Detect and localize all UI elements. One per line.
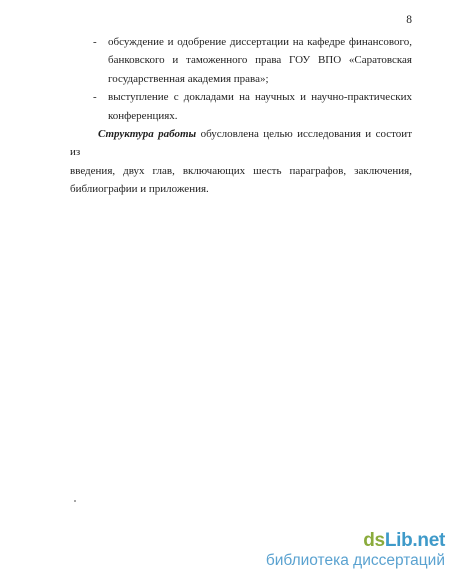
paragraph-line: введения, двух глав, включающих шесть па… <box>70 162 412 180</box>
text-block: - обсуждение и одобрение диссертации на … <box>70 33 412 199</box>
bullet-line: обсуждение и одобрение диссертации на ка… <box>108 33 412 51</box>
bullet-line: банковского и таможенного права ГОУ ВПО … <box>108 51 412 69</box>
document-page: 8 - обсуждение и одобрение диссертации н… <box>0 0 450 582</box>
bullet-line: выступление с докладами на научных и нау… <box>108 88 412 106</box>
bullet-item: - обсуждение и одобрение диссертации на … <box>108 33 412 88</box>
paragraph-lead: Структура работы <box>98 128 196 140</box>
bullet-line: конференциях. <box>108 107 412 125</box>
scan-speck <box>74 500 76 502</box>
logo-ds-part: ds <box>363 530 385 551</box>
logo-libnet-part: Lib.net <box>385 530 445 551</box>
page-number: 8 <box>406 13 412 27</box>
bullet-line: государственная академия права»; <box>108 70 412 88</box>
site-watermark: dsLib.net библиотека диссертаций <box>266 531 445 569</box>
paragraph-line: библиографии и приложения. <box>70 180 412 198</box>
bullet-dash: - <box>93 33 97 51</box>
library-subtitle[interactable]: библиотека диссертаций <box>266 552 445 569</box>
bullet-dash: - <box>93 88 97 106</box>
dslib-logo-link[interactable]: dsLib.net <box>266 531 445 551</box>
bullet-item: - выступление с докладами на научных и н… <box>108 88 412 125</box>
paragraph-line: Структура работы обусловлена целью иссле… <box>70 125 412 162</box>
paragraph-structure: Структура работы обусловлена целью иссле… <box>70 125 412 199</box>
